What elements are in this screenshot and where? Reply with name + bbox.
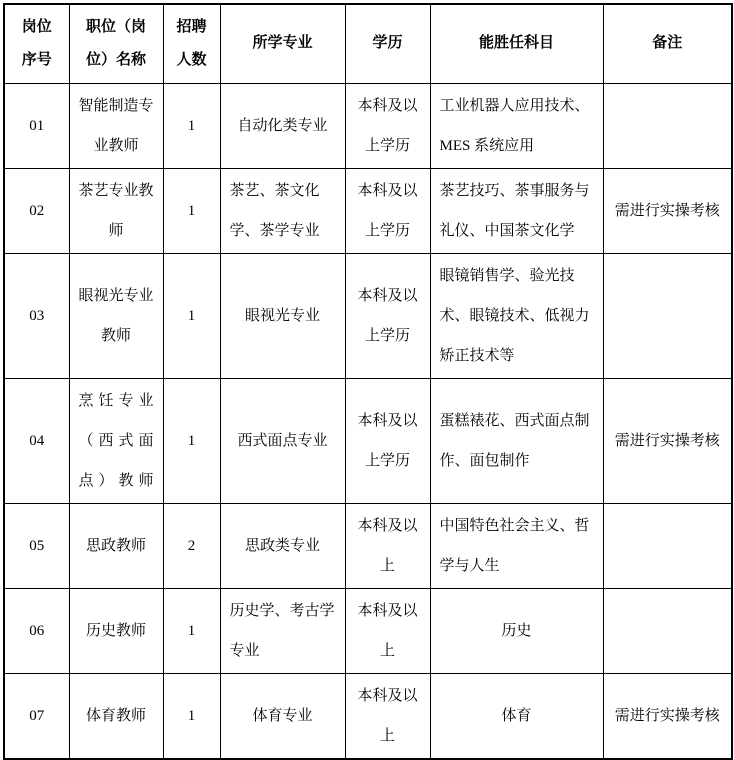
cell-recruit-count: 1 [163,378,220,503]
cell-major: 思政类专业 [220,503,345,588]
cell-qualified-subjects: 工业机器人应用技术、MES 系统应用 [430,83,603,168]
header-major: 所学专业 [220,4,345,83]
cell-recruit-count: 1 [163,168,220,253]
cell-qualified-subjects: 体育 [430,673,603,759]
header-qualified-subjects: 能胜任科目 [430,4,603,83]
cell-degree: 本科及以上学历 [345,168,430,253]
cell-post-title: 思政教师 [69,503,163,588]
cell-post-number: 03 [4,253,69,378]
cell-post-number: 06 [4,588,69,673]
recruitment-table-page: 岗位序号 职位（岗位）名称 招聘人数 所学专业 学历 能胜任科目 备注 01 智… [0,0,734,730]
cell-major: 眼视光专业 [220,253,345,378]
cell-remarks: 需进行实操考核 [603,673,732,759]
cell-remarks [603,588,732,673]
cell-post-title: 眼视光专业教师 [69,253,163,378]
cell-degree: 本科及以上 [345,503,430,588]
cell-post-number: 04 [4,378,69,503]
cell-major: 历史学、考古学专业 [220,588,345,673]
table-row: 06 历史教师 1 历史学、考古学专业 本科及以上 历史 [4,588,732,673]
cell-major: 体育专业 [220,673,345,759]
cell-qualified-subjects: 眼镜销售学、验光技术、眼镜技术、低视力矫正技术等 [430,253,603,378]
cell-post-number: 02 [4,168,69,253]
cell-post-number: 05 [4,503,69,588]
cell-post-title: 历史教师 [69,588,163,673]
cell-post-number: 01 [4,83,69,168]
cell-qualified-subjects: 历史 [430,588,603,673]
cell-qualified-subjects: 蛋糕裱花、西式面点制作、面包制作 [430,378,603,503]
cell-post-title: 体育教师 [69,673,163,759]
header-row: 岗位序号 职位（岗位）名称 招聘人数 所学专业 学历 能胜任科目 备注 [4,4,732,83]
recruitment-positions-table: 岗位序号 职位（岗位）名称 招聘人数 所学专业 学历 能胜任科目 备注 01 智… [3,3,733,760]
cell-recruit-count: 1 [163,253,220,378]
cell-degree: 本科及以上 [345,673,430,759]
cell-degree: 本科及以上学历 [345,378,430,503]
cell-recruit-count: 1 [163,83,220,168]
table-row: 07 体育教师 1 体育专业 本科及以上 体育 需进行实操考核 [4,673,732,759]
header-post-title: 职位（岗位）名称 [69,4,163,83]
cell-degree: 本科及以上学历 [345,253,430,378]
cell-remarks: 需进行实操考核 [603,378,732,503]
cell-post-title: 智能制造专业教师 [69,83,163,168]
table-row: 01 智能制造专业教师 1 自动化类专业 本科及以上学历 工业机器人应用技术、M… [4,83,732,168]
cell-recruit-count: 1 [163,588,220,673]
cell-post-title: 茶艺专业教师 [69,168,163,253]
cell-post-title: 烹饪专业（西式面点）教师 [69,378,163,503]
cell-remarks [603,253,732,378]
header-recruit-count: 招聘人数 [163,4,220,83]
cell-major: 茶艺、茶文化学、茶学专业 [220,168,345,253]
table-row: 03 眼视光专业教师 1 眼视光专业 本科及以上学历 眼镜销售学、验光技术、眼镜… [4,253,732,378]
cell-qualified-subjects: 中国特色社会主义、哲学与人生 [430,503,603,588]
cell-major: 自动化类专业 [220,83,345,168]
cell-major: 西式面点专业 [220,378,345,503]
cell-post-number: 07 [4,673,69,759]
header-remarks: 备注 [603,4,732,83]
cell-degree: 本科及以上 [345,588,430,673]
cell-qualified-subjects: 茶艺技巧、茶事服务与礼仪、中国茶文化学 [430,168,603,253]
table-row: 05 思政教师 2 思政类专业 本科及以上 中国特色社会主义、哲学与人生 [4,503,732,588]
header-degree: 学历 [345,4,430,83]
table-row: 02 茶艺专业教师 1 茶艺、茶文化学、茶学专业 本科及以上学历 茶艺技巧、茶事… [4,168,732,253]
header-post-number: 岗位序号 [4,4,69,83]
table-row: 04 烹饪专业（西式面点）教师 1 西式面点专业 本科及以上学历 蛋糕裱花、西式… [4,378,732,503]
cell-remarks [603,503,732,588]
cell-degree: 本科及以上学历 [345,83,430,168]
cell-remarks: 需进行实操考核 [603,168,732,253]
cell-recruit-count: 2 [163,503,220,588]
cell-remarks [603,83,732,168]
cell-recruit-count: 1 [163,673,220,759]
